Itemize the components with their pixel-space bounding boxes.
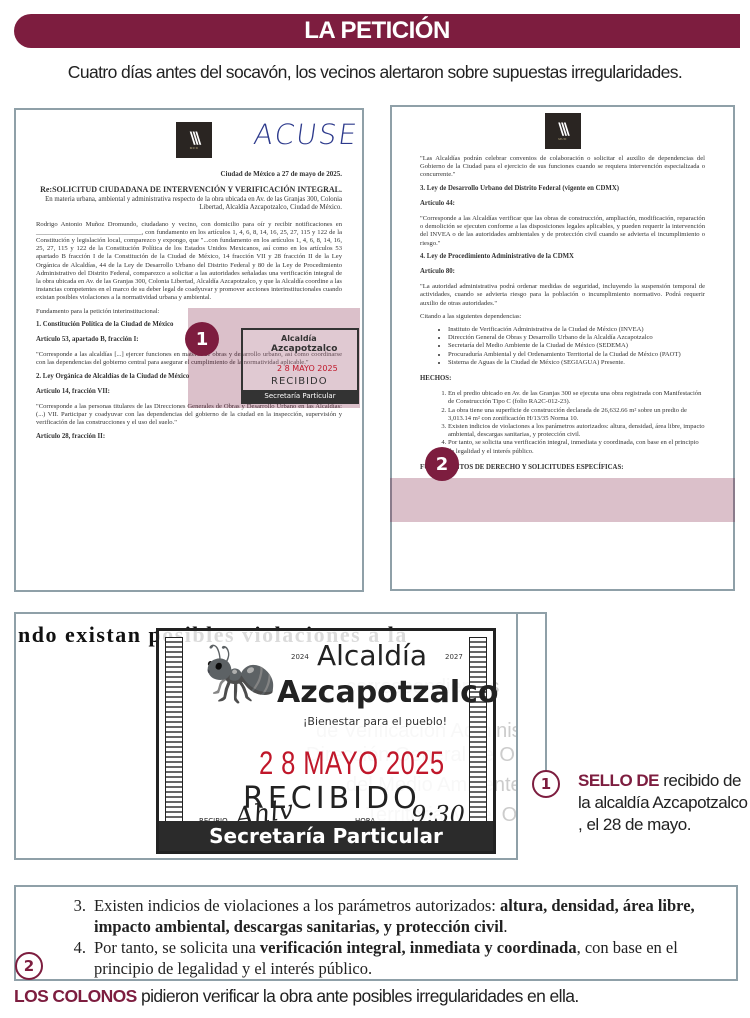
marker-badge-1: 1 (185, 322, 219, 356)
connector-line (518, 612, 547, 614)
list-item: Secretaría del Medio Ambiente de la Ciud… (448, 342, 705, 350)
mud-logo-icon: \\\MUD (176, 122, 212, 158)
callout-number-1: 1 (532, 770, 560, 798)
callout-2: LOS COLONOS pidieron verificar la obra a… (14, 986, 579, 1007)
stamp-secretaria: Secretaría Particular (159, 821, 493, 851)
mini-stamp: Alcaldía Azcapotzalco 2 8 MAYO 2025 RECI… (241, 328, 359, 404)
callout-number-2: 2 (15, 952, 43, 980)
agency-list: Instituto de Verificación Administrativa… (448, 326, 705, 367)
list-item: Por tanto, se solicita una verificación … (448, 439, 705, 455)
citing-label: Citando a las siguientes dependencias: (420, 313, 705, 321)
section-heading: 4. Ley de Procedimiento Administrativo d… (420, 253, 705, 261)
stamp-alcaldia: Alcaldía (317, 639, 427, 672)
stamp-date: 2 8 MAYO 2025 (259, 745, 444, 782)
connector-line (545, 612, 547, 772)
stamp-slogan: ¡Bienestar para el pueblo! (303, 715, 447, 728)
quote-top: "Las Alcaldías podrán celebrar convenios… (420, 155, 705, 180)
hechos-heading: HECHOS: (420, 375, 705, 383)
article-heading: Artículo 44: (420, 200, 705, 208)
letter-subject: Re:SOLICITUD CIUDADANA DE INTERVENCIÓN Y… (36, 186, 342, 213)
letter-intro: Rodrigo Antonio Muñoz Dromundo, ciudadan… (36, 221, 342, 303)
list-item: La obra tiene una superficie de construc… (448, 407, 705, 423)
section-title: LA PETICIÓN (304, 17, 450, 45)
fundamentos-heading: FUNDAMENTOS DE DERECHO Y SOLICITUDES ESP… (420, 464, 705, 472)
highlight-region-2 (390, 478, 735, 522)
stamp-azcapotzalco: Azcapotzalco (277, 675, 499, 710)
section-banner: LA PETICIÓN (14, 14, 740, 48)
list-item: Dirección General de Obras y Desarrollo … (448, 334, 705, 342)
stamp-closeup: ndo existan posibles violaciones a la co… (14, 612, 518, 860)
hecho-item: 4. Por tanto, se solicita una verificaci… (68, 937, 726, 979)
list-item: Procuraduría Ambiental y del Ordenamient… (448, 351, 705, 359)
stamp-border-pattern (165, 637, 183, 833)
hechos-list: En el predio ubicado en Av. de las Granj… (448, 390, 705, 456)
section-subtitle: Cuatro días antes del socavón, los vecin… (0, 62, 750, 83)
letter-date: Ciudad de México a 27 de mayo de 2025. (36, 170, 342, 178)
marker-badge-2: 2 (425, 447, 459, 481)
article-quote: "La autoridad administrativa podrá orden… (420, 283, 705, 308)
callout-1: SELLO DE recibido de la alcaldía Azcapot… (578, 770, 748, 836)
article-heading: Artículo 28, fracción II: (36, 433, 342, 441)
hecho-item: 3. Existen indicios de violaciones a los… (68, 895, 726, 937)
section-heading: 3. Ley de Desarrollo Urbano del Distrito… (420, 185, 705, 193)
list-item: Existen indicios de violaciones a los pa… (448, 423, 705, 439)
hechos-closeup: 3. Existen indicios de violaciones a los… (14, 885, 738, 981)
list-item: En el predio ubicado en Av. de las Granj… (448, 390, 705, 406)
handwritten-acuse: ACUSE (252, 118, 361, 151)
reception-stamp: 🐜 2024 Alcaldía 2027 Azcapotzalco ¡Biene… (156, 628, 496, 854)
list-item: Instituto de Verificación Administrativa… (448, 326, 705, 334)
ant-logo-icon: 🐜 (203, 643, 278, 703)
article-quote: "Corresponde a las Alcaldías verificar q… (420, 215, 705, 248)
mud-logo-icon: \\\MUD (545, 113, 581, 149)
stamp-border-pattern (469, 637, 487, 833)
list-item: Sistema de Aguas de la Ciudad de México … (448, 359, 705, 367)
article-heading: Artículo 80: (420, 268, 705, 276)
